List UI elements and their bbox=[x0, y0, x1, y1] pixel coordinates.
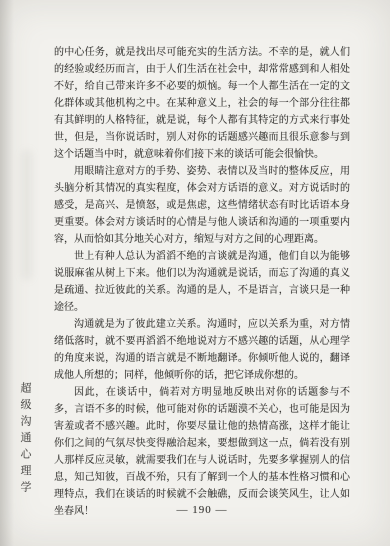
paragraph-3: 世上有种人总认为滔滔不绝的言谈就是沟通，他们自以为能够说服麻雀从树上下来。他们以… bbox=[54, 248, 350, 316]
paragraph-2: 用眼睛注意对方的手势、姿势、表情以及当时的整体反应，用头脑分析其情况的真实程度，… bbox=[54, 163, 350, 248]
book-title-vertical: 超级沟通心理学 bbox=[17, 382, 33, 498]
book-page: 超级沟通心理学 的中心任务，就是找出尽可能充实的生活方法。不幸的是，就人们的经验… bbox=[0, 0, 390, 546]
paragraph-1: 的中心任务，就是找出尽可能充实的生活方法。不幸的是，就人们的经验或经历而言，由于… bbox=[54, 44, 350, 163]
paragraph-4: 沟通就是为了彼此建立关系。沟通时，应以关系为重，对方情绪低落时，就不要再滔滔不绝… bbox=[54, 316, 350, 384]
page-number: — 190 — bbox=[54, 504, 350, 516]
scan-smudge bbox=[22, 150, 32, 280]
paragraph-5: 因此，在谈话中，倘若对方明显地反映出对你的话题参与不多，言语不多的时候，他可能对… bbox=[54, 384, 350, 520]
scan-edge-shade bbox=[0, 0, 14, 546]
page-body-text: 的中心任务，就是找出尽可能充实的生活方法。不幸的是，就人们的经验或经历而言，由于… bbox=[54, 44, 350, 520]
